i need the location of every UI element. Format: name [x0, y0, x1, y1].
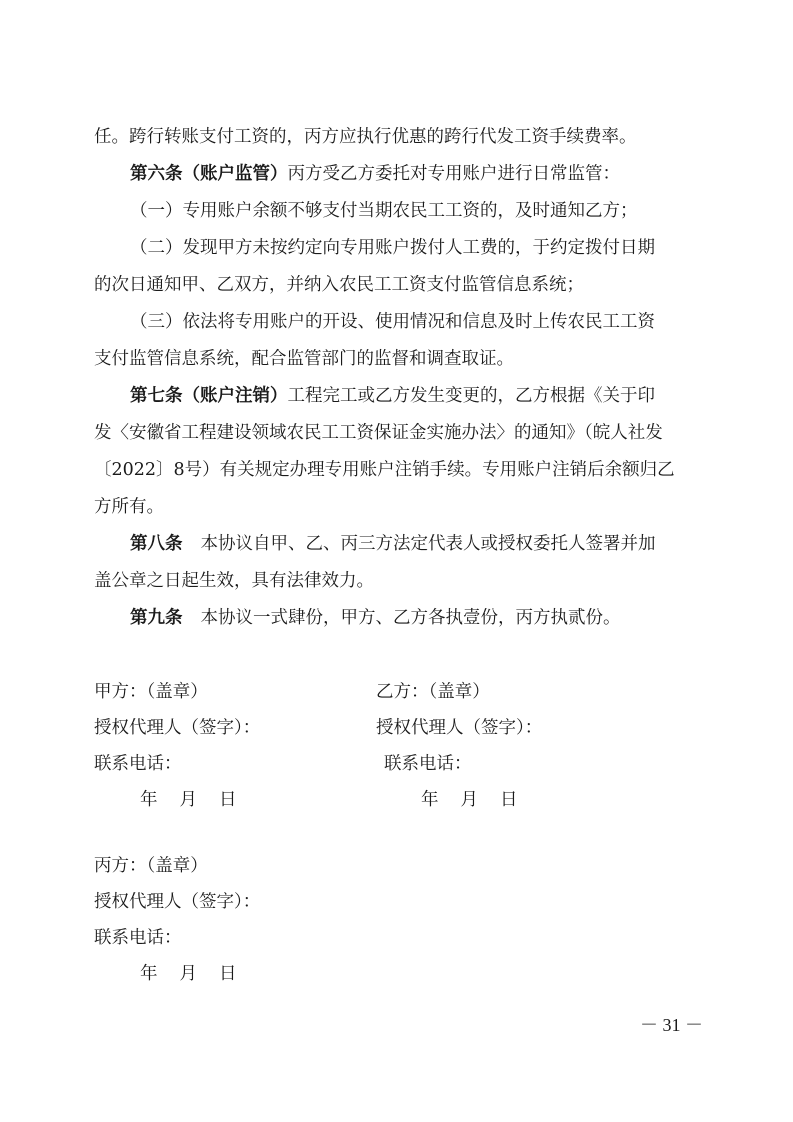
body-text: 发〈安徽省工程建设领域农民工工资保证金实施办法〉的通知》（皖人社发	[94, 423, 663, 443]
body-text: 盖公章之日起生效，具有法律效力。	[94, 571, 374, 591]
party-c-seal: 丙方：（盖章）	[94, 850, 208, 882]
article-7-cont-3: 方所有。	[94, 491, 164, 523]
party-b-date: 年月日	[421, 784, 518, 816]
article-heading: 第九条	[130, 608, 183, 628]
body-text: 的次日通知甲、乙双方，并纳入农民工工资支付监管信息系统；	[94, 275, 584, 295]
body-text: 任。跨行转账支付工资的，丙方应执行优惠的跨行代发工资手续费率。	[94, 127, 637, 147]
article-8: 第八条本协议自甲、乙、丙三方法定代表人或授权委托人签署并加	[130, 528, 656, 560]
article-heading: 第六条（账户监管）	[130, 164, 288, 184]
document-page: 任。跨行转账支付工资的，丙方应执行优惠的跨行代发工资手续费率。 第六条（账户监管…	[0, 0, 793, 1122]
month-label: 月	[180, 784, 198, 816]
article-7-cont-1: 发〈安徽省工程建设领域农民工工资保证金实施办法〉的通知》（皖人社发	[94, 417, 663, 449]
article-6: 第六条（账户监管）丙方受乙方委托对专用账户进行日常监管：	[130, 158, 620, 190]
article-6-item-3-cont: 支付监管信息系统，配合监管部门的监督和调查取证。	[94, 343, 514, 375]
party-a-phone: 联系电话：	[94, 748, 182, 780]
article-6-item-1: （一）专用账户余额不够支付当期农民工工资的，及时通知乙方；	[130, 195, 638, 227]
article-heading: 第八条	[130, 534, 183, 554]
body-text: 本协议一式肆份，甲方、乙方各执壹份，丙方执贰份。	[201, 608, 621, 628]
day-label: 日	[500, 784, 518, 816]
party-b-seal: 乙方：（盖章）	[376, 676, 490, 708]
body-text: 丙方受乙方委托对专用账户进行日常监管：	[288, 164, 621, 184]
month-label: 月	[180, 958, 198, 990]
party-b-phone: 联系电话：	[384, 748, 472, 780]
month-label: 月	[461, 784, 479, 816]
body-text: 本协议自甲、乙、丙三方法定代表人或授权委托人签署并加	[201, 534, 656, 554]
body-text: （三）依法将专用账户的开设、使用情况和信息及时上传农民工工资	[130, 312, 655, 332]
body-text: 工程完工或乙方发生变更的，乙方根据《关于印	[288, 386, 656, 406]
year-label: 年	[140, 784, 158, 816]
day-label: 日	[219, 958, 237, 990]
article-6-item-3: （三）依法将专用账户的开设、使用情况和信息及时上传农民工工资	[130, 306, 655, 338]
party-a-agent: 授权代理人（签字）：	[94, 712, 260, 744]
party-c-date: 年月日	[140, 958, 237, 990]
year-label: 年	[421, 784, 439, 816]
article-7-cont-2: 〔2022〕8号）有关规定办理专用账户注销手续。专用账户注销后余额归乙	[94, 454, 675, 486]
body-text: 支付监管信息系统，配合监管部门的监督和调查取证。	[94, 349, 514, 369]
body-text: 〔2022〕8号）有关规定办理专用账户注销手续。专用账户注销后余额归乙	[94, 460, 675, 480]
article-heading: 第七条（账户注销）	[130, 386, 288, 406]
paragraph-continuation: 任。跨行转账支付工资的，丙方应执行优惠的跨行代发工资手续费率。	[94, 121, 637, 153]
party-c-agent: 授权代理人（签字）：	[94, 886, 260, 918]
page-number: － 31 －	[640, 1010, 703, 1040]
article-8-cont: 盖公章之日起生效，具有法律效力。	[94, 565, 374, 597]
party-a-date: 年月日	[140, 784, 237, 816]
body-text: （二）发现甲方未按约定向专用账户拨付人工费的，于约定拨付日期	[130, 238, 655, 258]
article-6-item-2: （二）发现甲方未按约定向专用账户拨付人工费的，于约定拨付日期	[130, 232, 655, 264]
article-7: 第七条（账户注销）工程完工或乙方发生变更的，乙方根据《关于印	[130, 380, 655, 412]
day-label: 日	[219, 784, 237, 816]
body-text: 方所有。	[94, 497, 164, 517]
body-text: （一）专用账户余额不够支付当期农民工工资的，及时通知乙方；	[130, 201, 638, 221]
party-b-agent: 授权代理人（签字）：	[376, 712, 542, 744]
article-6-item-2-cont: 的次日通知甲、乙双方，并纳入农民工工资支付监管信息系统；	[94, 269, 584, 301]
party-c-phone: 联系电话：	[94, 922, 182, 954]
party-a-seal: 甲方：（盖章）	[94, 676, 208, 708]
year-label: 年	[140, 958, 158, 990]
article-9: 第九条本协议一式肆份，甲方、乙方各执壹份，丙方执贰份。	[130, 602, 621, 634]
